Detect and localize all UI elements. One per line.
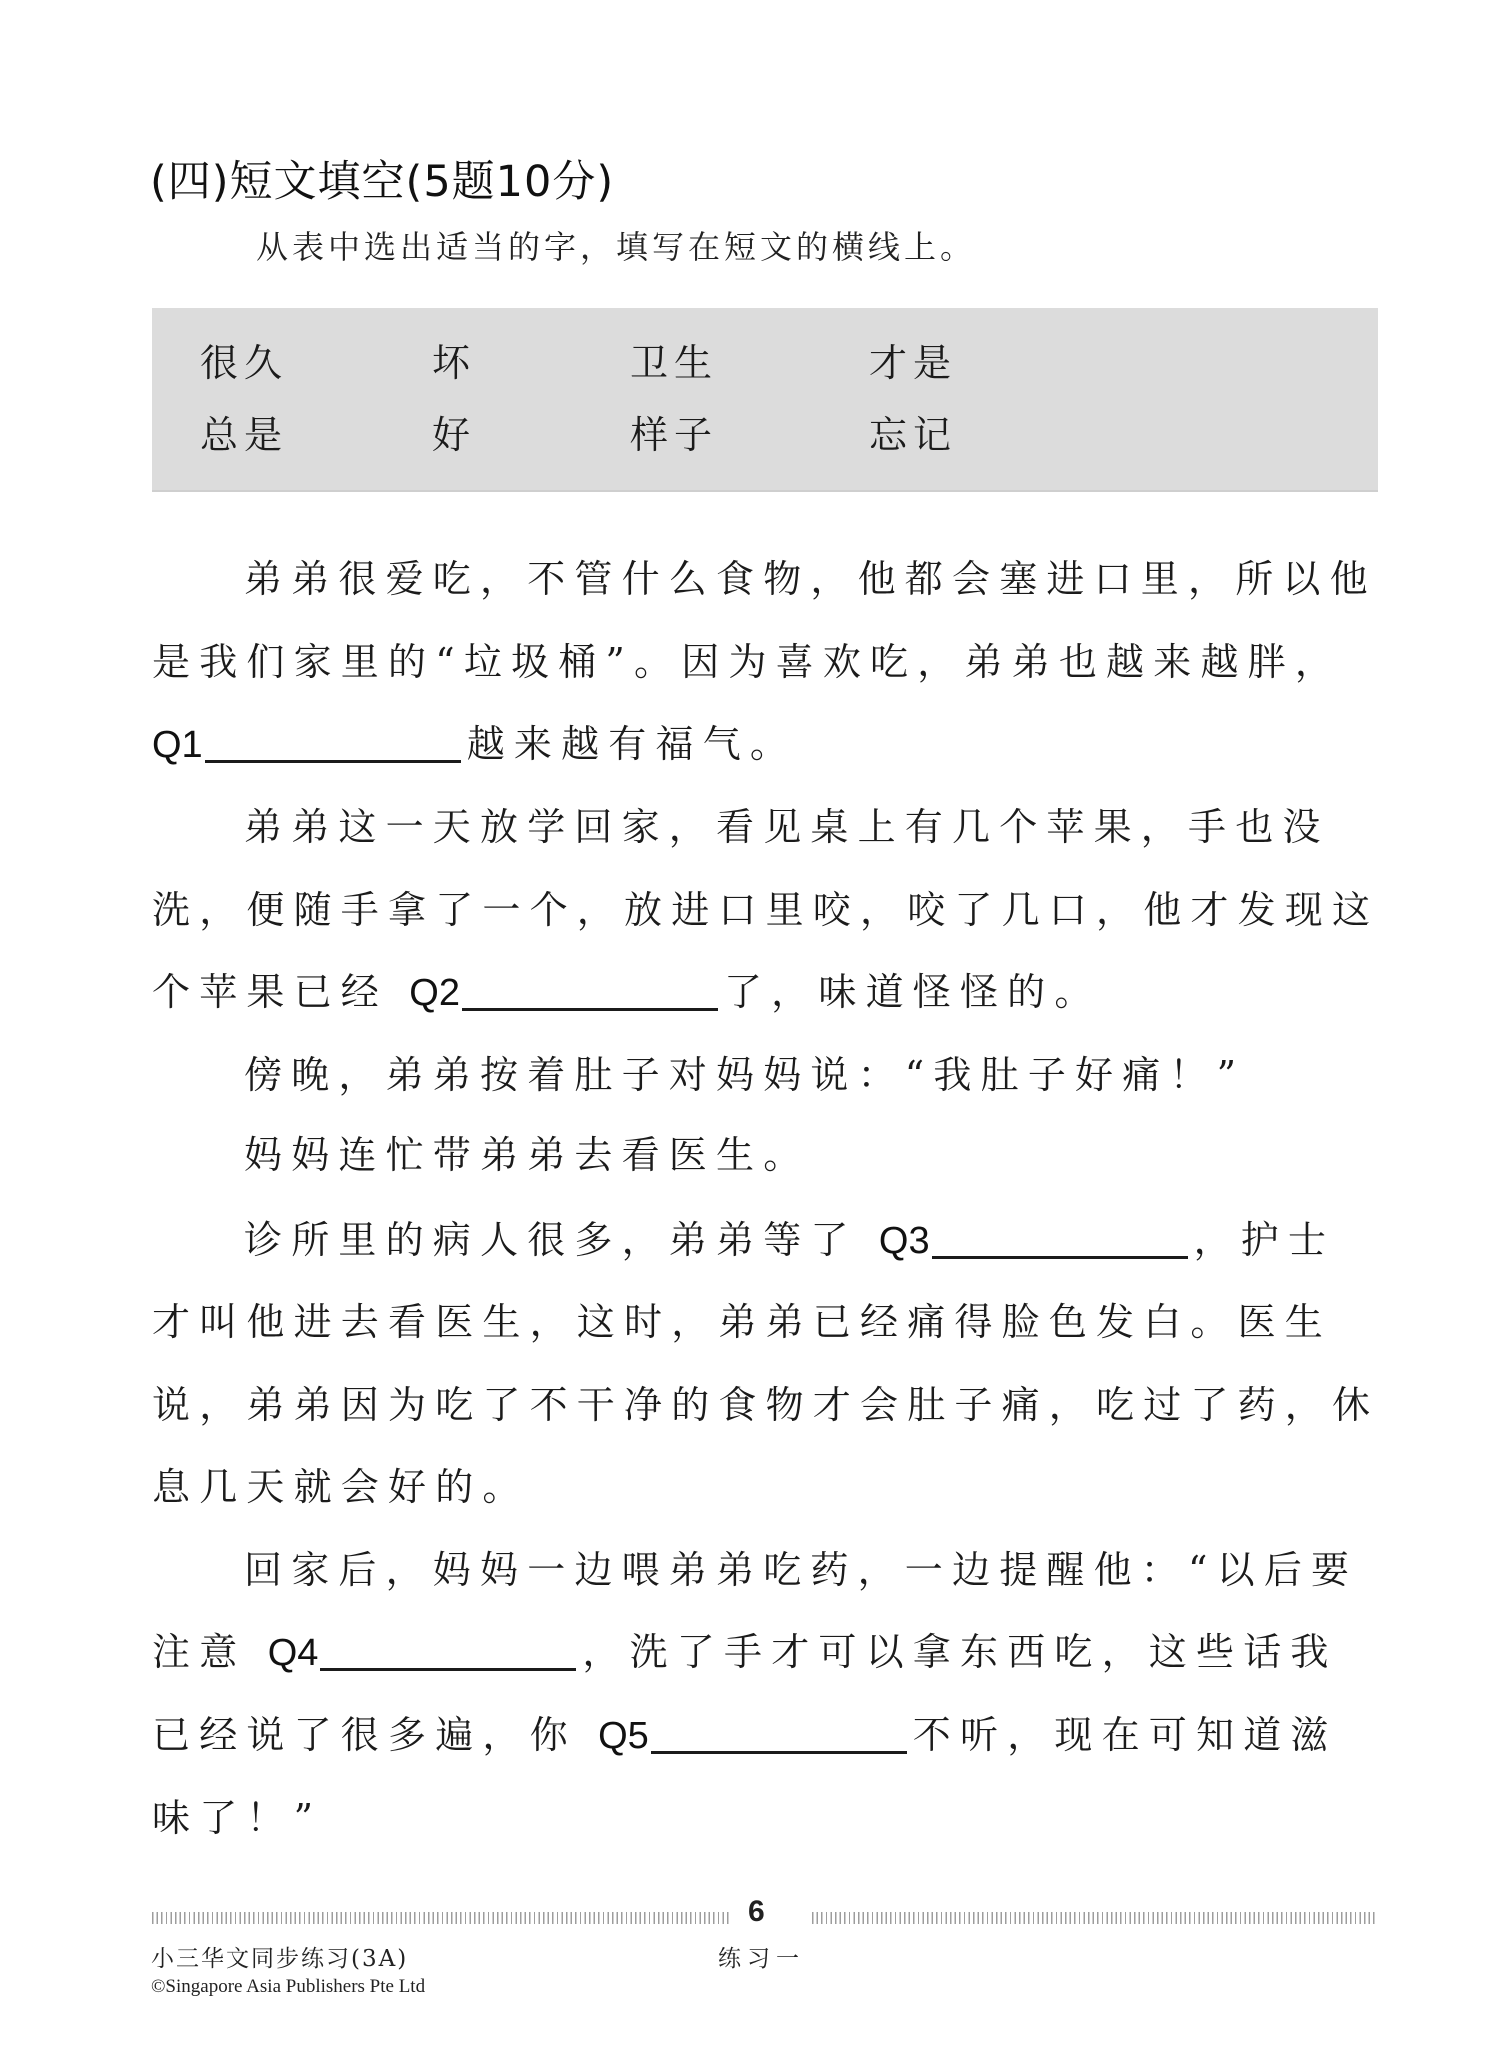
passage-text: 不听，现在可知道滋: [913, 1713, 1338, 1757]
passage-line: 注意 Q4，洗了手才可以拿东西吃，这些话我: [152, 1628, 1338, 1677]
word-bank-item: 样子: [630, 404, 718, 459]
passage-line: 弟弟这一天放学回家，看见桌上有几个苹果，手也没: [244, 803, 1330, 851]
passage-text: 注意: [152, 1630, 268, 1674]
answer-blank[interactable]: [205, 720, 461, 763]
answer-blank[interactable]: [320, 1628, 576, 1671]
word-bank: 很久 坏 卫生 才是 总是 好 样子 忘记: [152, 308, 1378, 492]
page-number: 6: [748, 1895, 765, 1929]
passage-text: 傍晚，弟弟按着肚子对妈妈说：“我肚子好痛！”: [244, 1053, 1245, 1097]
passage-line: 味了！”: [152, 1794, 322, 1842]
answer-blank[interactable]: [462, 968, 718, 1011]
question-label: Q4: [268, 1632, 319, 1674]
passage-text: 已经说了很多遍，你: [152, 1713, 598, 1757]
passage-line: 已经说了很多遍，你 Q5不听，现在可知道滋: [152, 1711, 1338, 1760]
answer-blank[interactable]: [651, 1711, 907, 1754]
passage-line: 才叫他进去看医生，这时，弟弟已经痛得脸色发白。医生: [152, 1298, 1332, 1346]
question-label: Q5: [598, 1715, 649, 1757]
word-bank-item: 忘记: [869, 404, 957, 459]
passage-text: 了，味道怪怪的。: [724, 970, 1102, 1014]
answer-blank[interactable]: [932, 1216, 1188, 1259]
word-bank-item: 才是: [869, 332, 957, 387]
book-title: 小三华文同步练习(3A): [151, 1940, 408, 1973]
question-label: Q2: [409, 972, 460, 1014]
passage-text: 弟弟很爱吃，不管什么食物，他都会塞进口里，所以他: [244, 557, 1377, 601]
section-title: (四)短文填空(5题10分): [150, 148, 614, 209]
passage-line: 是我们家里的“垃圾桶”。因为喜欢吃，弟弟也越来越胖，: [152, 638, 1342, 686]
word-bank-item: 好: [432, 404, 476, 459]
copyright-notice: ©Singapore Asia Publishers Pte Ltd: [151, 1976, 425, 1998]
passage-line: 洗，便随手拿了一个，放进口里咬，咬了几口，他才发现这: [152, 886, 1379, 934]
passage-text: ，洗了手才可以拿东西吃，这些话我: [582, 1630, 1337, 1674]
passage-text: 个苹果已经: [152, 970, 409, 1014]
passage-text: 味了！”: [152, 1796, 322, 1840]
passage-line: Q1越来越有福气。: [152, 720, 797, 769]
passage-line: 傍晚，弟弟按着肚子对妈妈说：“我肚子好痛！”: [244, 1051, 1245, 1099]
passage-text: 是我们家里的“垃圾桶”。因为喜欢吃，弟弟也越来越胖，: [152, 640, 1342, 684]
passage-line: 弟弟很爱吃，不管什么食物，他都会塞进口里，所以他: [244, 555, 1377, 603]
passage-text: ，护士: [1194, 1218, 1336, 1262]
passage-line: 说，弟弟因为吃了不干净的食物才会肚子痛，吃过了药，休: [152, 1381, 1379, 1429]
exercise-label: 练习一: [718, 1940, 805, 1973]
passage-line: 回家后，妈妈一边喂弟弟吃药，一边提醒他：“以后要: [244, 1546, 1358, 1594]
passage-line: 个苹果已经 Q2了，味道怪怪的。: [152, 968, 1102, 1017]
footer-dotted-rule-right: [812, 1912, 1378, 1924]
passage-line: 妈妈连忙带弟弟去看医生。: [244, 1131, 810, 1179]
word-bank-item: 坏: [432, 332, 476, 387]
passage-text: 妈妈连忙带弟弟去看医生。: [244, 1133, 810, 1177]
passage-text: 洗，便随手拿了一个，放进口里咬，咬了几口，他才发现这: [152, 888, 1379, 932]
passage-text: 弟弟这一天放学回家，看见桌上有几个苹果，手也没: [244, 805, 1330, 849]
footer-dotted-rule-left: [152, 1912, 730, 1924]
passage-text: 越来越有福气。: [467, 722, 797, 766]
passage-text: 回家后，妈妈一边喂弟弟吃药，一边提醒他：“以后要: [244, 1548, 1358, 1592]
passage-text: 才叫他进去看医生，这时，弟弟已经痛得脸色发白。医生: [152, 1300, 1332, 1344]
question-label: Q3: [879, 1220, 930, 1262]
passage-text: 诊所里的病人很多，弟弟等了: [244, 1218, 879, 1262]
passage-text: 说，弟弟因为吃了不干净的食物才会肚子痛，吃过了药，休: [152, 1383, 1379, 1427]
word-bank-item: 总是: [200, 404, 288, 459]
word-bank-item: 很久: [200, 332, 288, 387]
passage-line: 诊所里的病人很多，弟弟等了 Q3，护士: [244, 1216, 1335, 1265]
question-label: Q1: [152, 724, 203, 766]
word-bank-item: 卫生: [630, 332, 718, 387]
passage-text: 息几天就会好的。: [152, 1465, 530, 1509]
instruction-text: 从表中选出适当的字，填写在短文的横线上。: [256, 222, 976, 268]
passage-line: 息几天就会好的。: [152, 1463, 530, 1511]
